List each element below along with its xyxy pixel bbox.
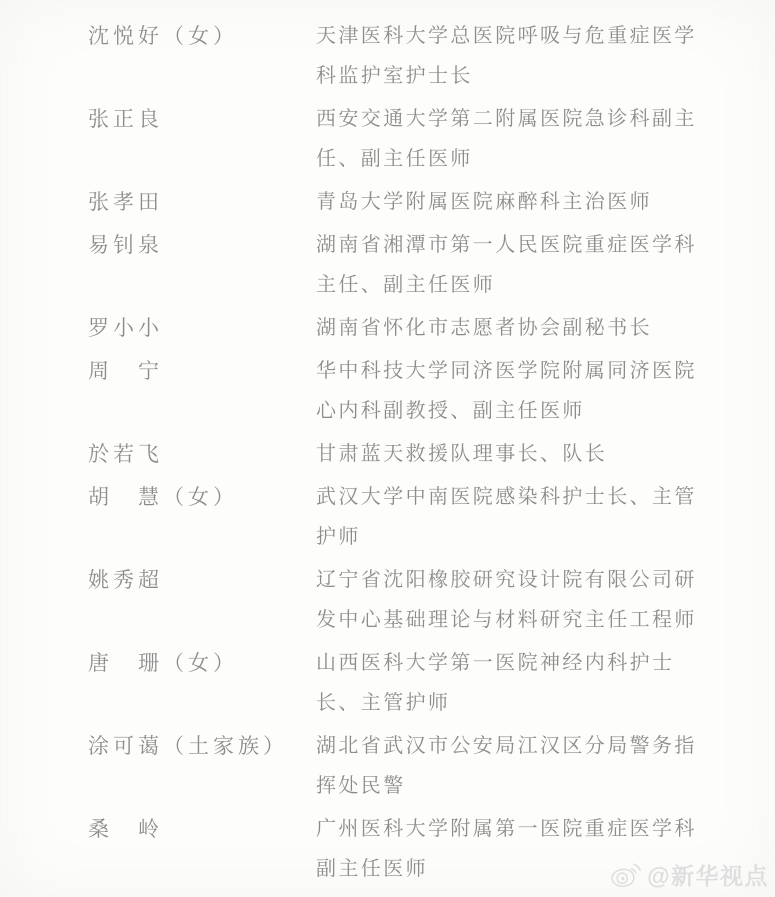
person-title: 湖南省怀化市志愿者协会副秘书长: [316, 308, 708, 348]
list-item: 唐 珊（女） 山西医科大学第一医院神经内科护士长、主管护师: [88, 643, 775, 723]
honoree-list: 沈悦好（女） 天津医科大学总医院呼吸与危重症医学科监护室护士长 张正良 西安交通…: [0, 0, 775, 889]
weibo-watermark: @新华视点: [609, 858, 769, 891]
person-name: 周 宁: [88, 351, 316, 391]
person-title: 山西医科大学第一医院神经内科护士长、主管护师: [316, 643, 708, 723]
person-title: 青岛大学附属医院麻醉科主治医师: [316, 182, 708, 222]
person-name: 张正良: [88, 99, 316, 139]
person-title: 湖北省武汉市公安局江汉区分局警务指挥处民警: [316, 726, 708, 806]
list-item: 张孝田 青岛大学附属医院麻醉科主治医师: [88, 182, 775, 222]
person-title: 华中科技大学同济医学院附属同济医院心内科副教授、副主任医师: [316, 351, 708, 431]
list-item: 涂可蔼（土家族） 湖北省武汉市公安局江汉区分局警务指挥处民警: [88, 726, 775, 806]
person-name: 易钊泉: [88, 225, 316, 265]
person-name: 涂可蔼（土家族）: [88, 726, 316, 766]
person-name: 罗小小: [88, 308, 316, 348]
person-title: 甘肃蓝天救援队理事长、队长: [316, 434, 708, 474]
person-title: 西安交通大学第二附属医院急诊科副主任、副主任医师: [316, 99, 708, 179]
document-page: { "page": { "background": "#fdfdfb", "te…: [0, 0, 775, 897]
person-name: 张孝田: [88, 182, 316, 222]
person-name: 姚秀超: [88, 560, 316, 600]
person-name: 桑 岭: [88, 809, 316, 849]
list-item: 易钊泉 湖南省湘潭市第一人民医院重症医学科主任、副主任医师: [88, 225, 775, 305]
list-item: 周 宁 华中科技大学同济医学院附属同济医院心内科副教授、副主任医师: [88, 351, 775, 431]
person-name: 於若飞: [88, 434, 316, 474]
person-title: 辽宁省沈阳橡胶研究设计院有限公司研发中心基础理论与材料研究主任工程师: [316, 560, 708, 640]
list-item: 於若飞 甘肃蓝天救援队理事长、队长: [88, 434, 775, 474]
person-title: 武汉大学中南医院感染科护士长、主管护师: [316, 477, 708, 557]
person-name: 胡 慧（女）: [88, 477, 316, 517]
person-name: 唐 珊（女）: [88, 643, 316, 683]
weibo-icon: [609, 860, 643, 890]
list-item: 罗小小 湖南省怀化市志愿者协会副秘书长: [88, 308, 775, 348]
list-item: 胡 慧（女） 武汉大学中南医院感染科护士长、主管护师: [88, 477, 775, 557]
list-item: 张正良 西安交通大学第二附属医院急诊科副主任、副主任医师: [88, 99, 775, 179]
person-title: 湖南省湘潭市第一人民医院重症医学科主任、副主任医师: [316, 225, 708, 305]
watermark-handle: @新华视点: [647, 858, 769, 891]
list-item: 姚秀超 辽宁省沈阳橡胶研究设计院有限公司研发中心基础理论与材料研究主任工程师: [88, 560, 775, 640]
person-name: 沈悦好（女）: [88, 16, 316, 56]
list-item: 沈悦好（女） 天津医科大学总医院呼吸与危重症医学科监护室护士长: [88, 16, 775, 96]
person-title: 天津医科大学总医院呼吸与危重症医学科监护室护士长: [316, 16, 708, 96]
